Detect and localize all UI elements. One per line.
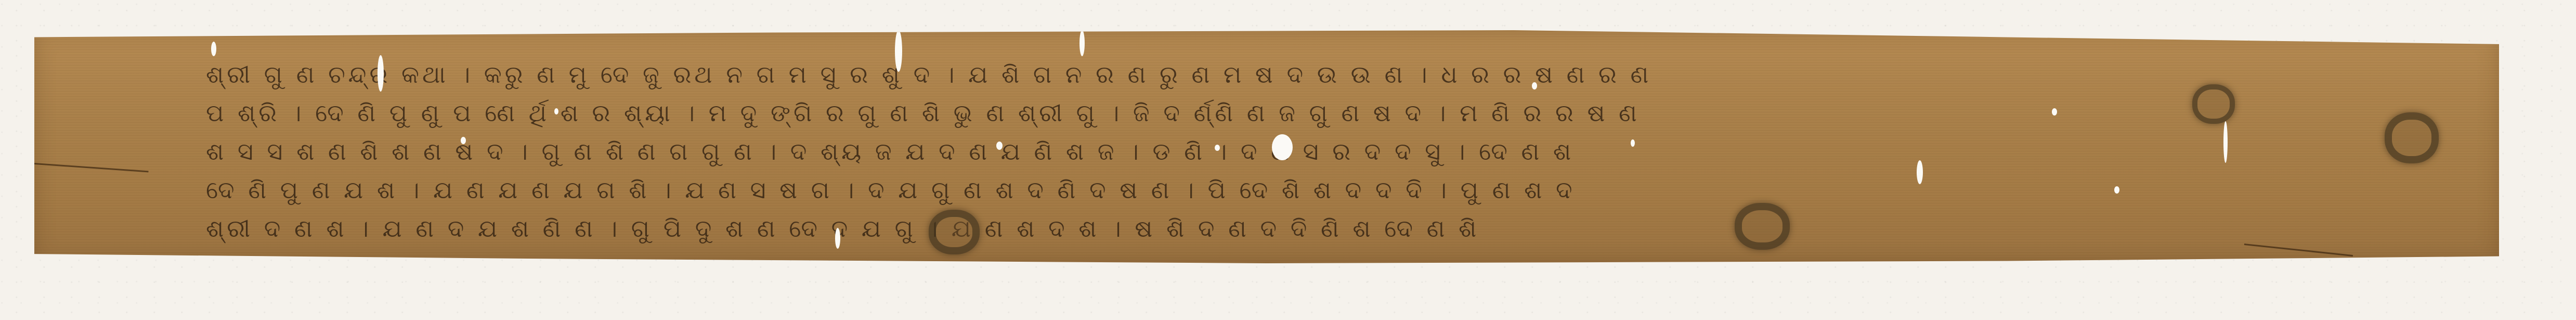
wormhole — [2114, 186, 2119, 194]
wormhole — [1532, 82, 1537, 89]
wormhole — [996, 142, 1003, 150]
wormhole — [1215, 145, 1220, 151]
wormhole — [835, 228, 840, 249]
wormhole — [378, 55, 384, 92]
string-hole-stain-right — [2385, 112, 2439, 163]
manuscript-line-3: ଶ ସ ସ ଶ ଣ ଶି ଶ ଣ ଷ ଦ । ଗୁ ଣ ଶି ଣ ଗ ଗୁ ଣ … — [206, 137, 2333, 169]
wormhole — [461, 137, 466, 144]
crack-left — [34, 163, 149, 172]
wormhole — [554, 108, 558, 114]
manuscript-line-4: ଦେ ଣି ପୁ ଣ ଯ ଶ । ଯ ଣ ଯ ଣ ଯ ଗ ଶି । ଯ ଣ ସ … — [206, 176, 2333, 207]
manuscript-line-5: ଶ୍ରୀ ଦ ଣ ଶ । ଯ ଣ ଦ ଯ ଶ ଣି ଣ । ଗୁ ପି ଦୁ ଶ… — [206, 214, 2333, 246]
wormhole — [211, 42, 216, 56]
string-hole-stain-left — [929, 210, 980, 254]
wormhole — [1917, 160, 1923, 184]
wormhole — [895, 30, 902, 72]
wormhole — [1079, 30, 1085, 56]
string-hole-stain-middle — [1735, 203, 1790, 250]
manuscript-line-1: ଶ୍ରୀ ଗୁ ଣ ଚନ୍ଦ୍ର କଥା । କରୁ ଣ ମୁ ଦେ ଜୁ ରଥ… — [206, 60, 2333, 92]
string-hole-stain-upper — [2192, 84, 2235, 124]
wormhole — [2052, 108, 2057, 116]
wormhole — [2223, 121, 2228, 163]
palm-leaf-manuscript: ଶ୍ରୀ ଗୁ ଣ ଚନ୍ଦ୍ର କଥା । କରୁ ଣ ମୁ ଦେ ଜୁ ରଥ… — [34, 30, 2499, 263]
wormhole — [1631, 139, 1635, 147]
wormhole-large — [1272, 134, 1293, 160]
manuscript-line-2: ପ ଶ୍ରି । ଦେ ଣି ପୁ ଣୁ ପ ଣେ ର୍ଥି ଶ ର ଶ୍ୟା … — [206, 99, 2333, 130]
